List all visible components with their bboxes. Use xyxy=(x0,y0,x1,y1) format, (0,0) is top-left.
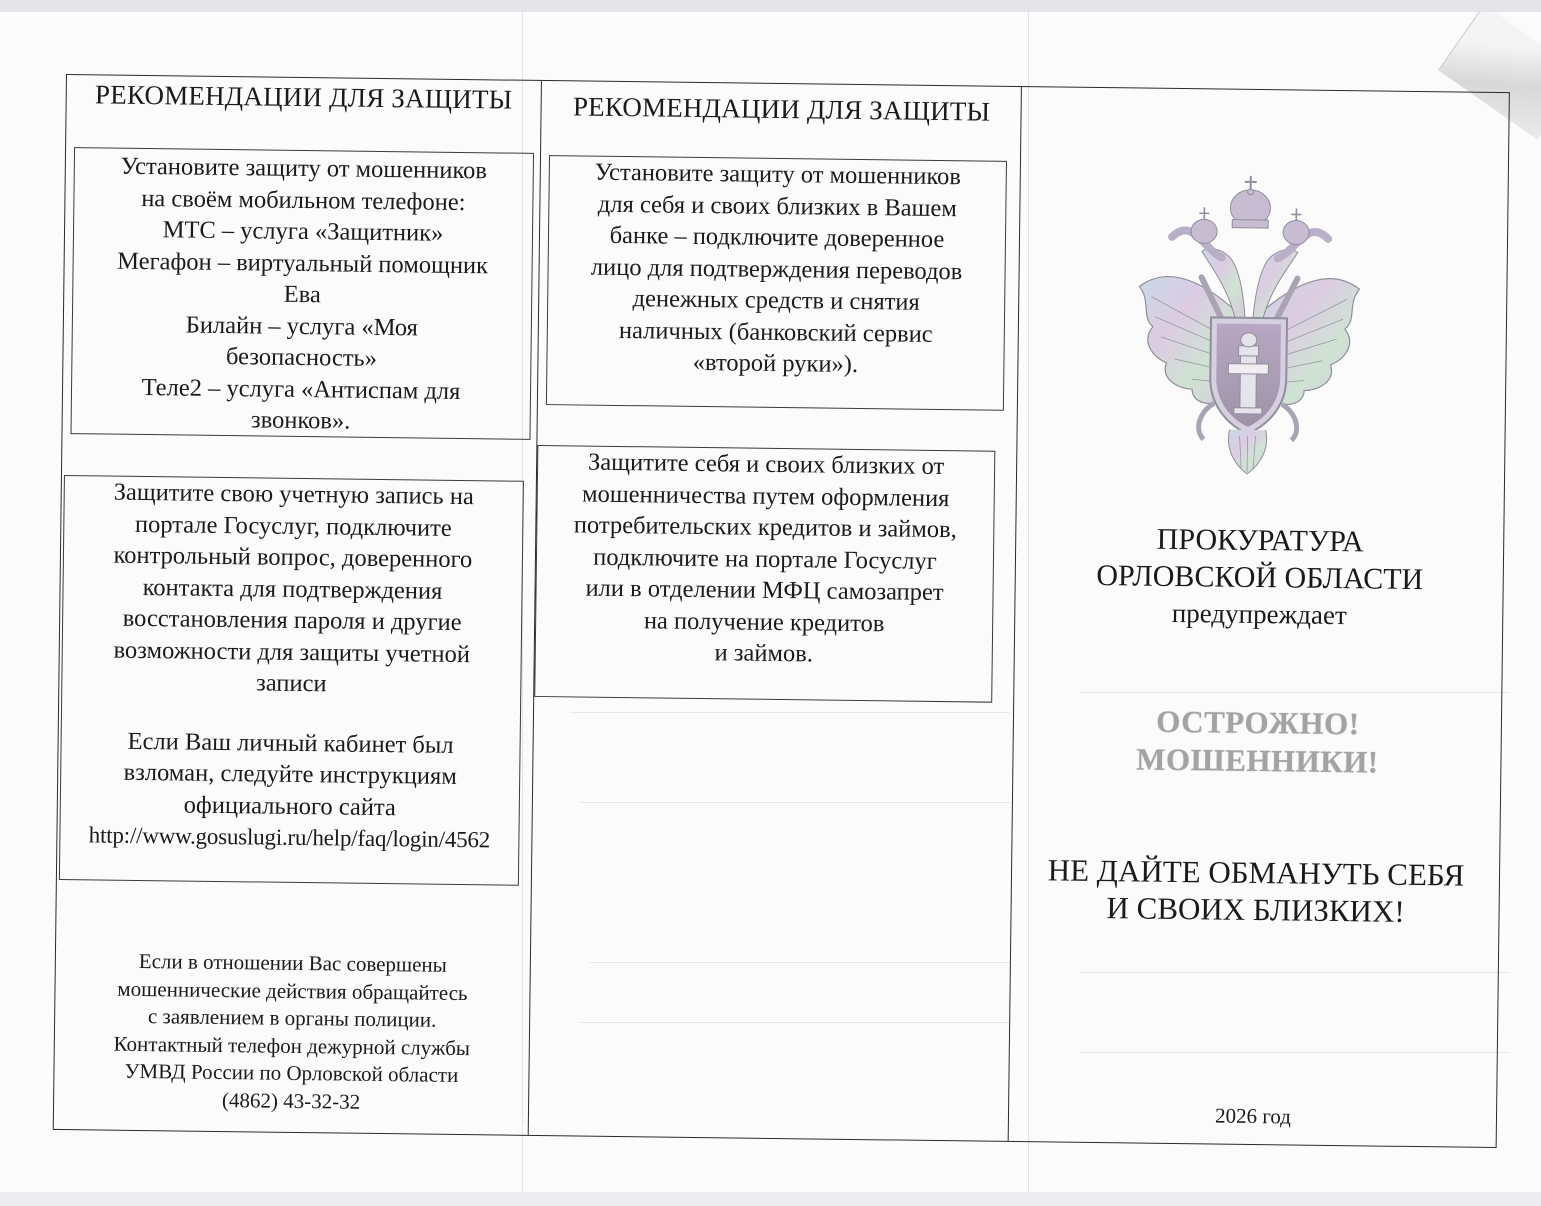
org-line: ОРЛОВСКОЙ ОБЛАСТИ xyxy=(1016,556,1504,599)
panel-cover: ПРОКУРАТУРА ОРЛОВСКОЙ ОБЛАСТИ предупрежд… xyxy=(1008,87,1510,1147)
text-line: Защитите свою учетную запись на xyxy=(71,476,517,513)
organization-name: ПРОКУРАТУРА ОРЛОВСКОЙ ОБЛАСТИ предупрежд… xyxy=(1015,519,1504,636)
panel-middle: РЕКОМЕНДАЦИИ ДЛЯ ЗАЩИТЫ Установите защит… xyxy=(528,81,1022,1141)
text-line: возможности для защиты учетной xyxy=(69,634,515,671)
text-line: Защитите себя и своих близких от xyxy=(544,446,988,483)
text-line: и займов. xyxy=(542,635,986,672)
warning-line: ОСТРОЖНО! xyxy=(1014,701,1502,745)
slogan-line: НЕ ДАЙТЕ ОБМАНУТЬ СЕБЯ xyxy=(1012,851,1500,894)
leaflet-frame: РЕКОМЕНДАЦИИ ДЛЯ ЗАЩИТЫ Установите защит… xyxy=(53,74,1510,1148)
text-line: наличных (банковский сервис xyxy=(554,314,998,351)
panel-left: РЕКОМЕНДАЦИИ ДЛЯ ЗАЩИТЫ Установите защит… xyxy=(54,75,541,1135)
text-line: «второй руки»). xyxy=(553,345,997,382)
org-line: ПРОКУРАТУРА xyxy=(1016,519,1504,562)
scanner-bottom-edge xyxy=(0,1192,1541,1206)
text-line: Теле2 – услуга «Антиспам для xyxy=(78,371,524,408)
text-line: взломан, следуйте инструкциям xyxy=(67,756,513,793)
text-line: или в отделении МФЦ самозапрет xyxy=(542,572,986,609)
text-line: на своём мобильном телефоне: xyxy=(80,182,526,219)
gosuslugi-help-url: http://www.gosuslugi.ru/help/faq/login/4… xyxy=(66,819,512,856)
text-line: Установите защиту от мошенников xyxy=(556,156,1000,193)
text-line: лицо для подтверждения переводов xyxy=(554,251,998,288)
credit-ban-box: Защитите себя и своих близких от мошенни… xyxy=(534,445,995,703)
mobile-protection-box: Установите защиту от мошенников на своём… xyxy=(70,147,534,440)
org-subline: предупреждает xyxy=(1015,593,1503,636)
text-line: потребительских кредитов и займов, xyxy=(543,509,987,546)
scanned-page: РЕКОМЕНДАЦИИ ДЛЯ ЗАЩИТЫ Установите защит… xyxy=(0,12,1541,1192)
text-line: восстановления пароля и другие xyxy=(69,602,515,639)
bank-protection-box: Установите защиту от мошенников для себя… xyxy=(546,155,1007,411)
panel-heading: РЕКОМЕНДАЦИИ ДЛЯ ЗАЩИТЫ xyxy=(541,91,1021,128)
text-line: Установите защиту от мошенников xyxy=(81,150,527,187)
publication-year: 2026 год xyxy=(1009,1101,1497,1132)
scanner-top-edge xyxy=(0,0,1541,12)
police-contact-note: Если в отношении Вас совершены мошенниче… xyxy=(54,947,530,1118)
text-line: Мегафон – виртуальный помощник xyxy=(79,245,525,282)
slogan: НЕ ДАЙТЕ ОБМАНУТЬ СЕБЯ И СВОИХ БЛИЗКИХ! xyxy=(1011,851,1500,931)
text-line: контрольный вопрос, доверенного xyxy=(70,539,516,576)
text-line: банке – подключите доверенное xyxy=(555,219,999,256)
warning-title: ОСТРОЖНО! МОШЕННИКИ! xyxy=(1013,701,1502,783)
warning-line: МОШЕННИКИ! xyxy=(1013,739,1501,783)
prosecutor-emblem-icon xyxy=(1129,166,1369,485)
panel-heading: РЕКОМЕНДАЦИИ ДЛЯ ЗАЩИТЫ xyxy=(67,79,541,116)
text-line: звонков». xyxy=(77,402,523,439)
slogan-line: И СВОИХ БЛИЗКИХ! xyxy=(1011,888,1499,931)
gosuslugi-protection-box: Защитите свою учетную запись на портале … xyxy=(59,475,524,886)
